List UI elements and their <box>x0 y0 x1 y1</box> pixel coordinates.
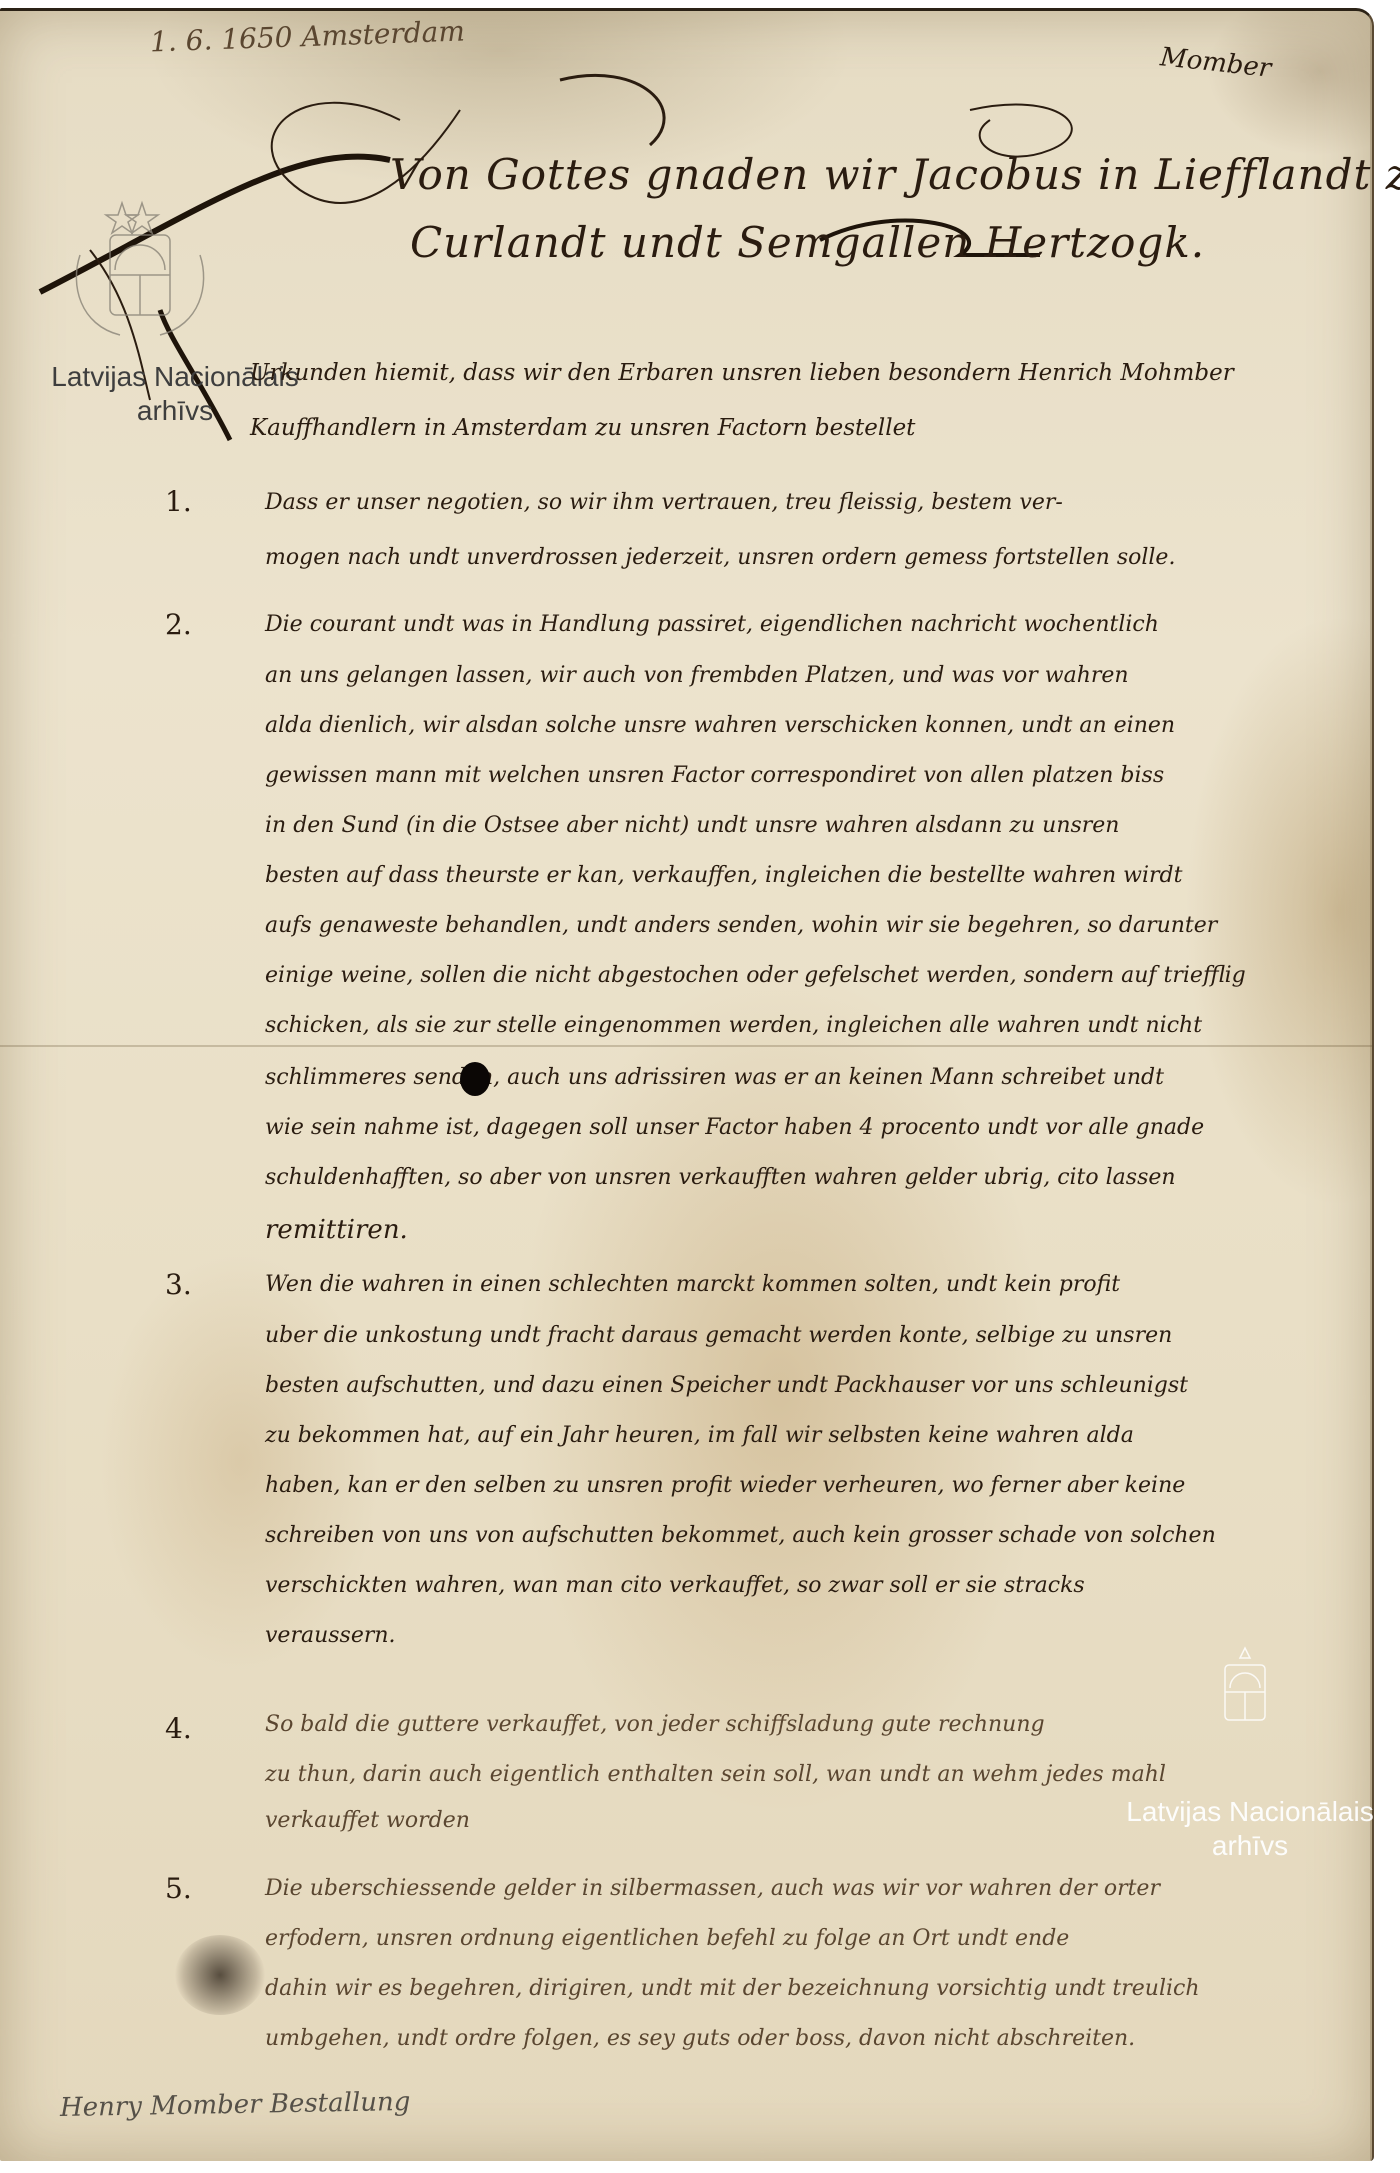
article-number: 2. <box>165 608 192 641</box>
bottom-pencil-note: Henry Momber Bestallung <box>60 2087 411 2123</box>
article-line: aufs genaweste behandlen, undt anders se… <box>265 913 1217 938</box>
article-line: haben, kan er den selben zu unsren profi… <box>265 1473 1185 1498</box>
article-line: Die courant undt was in Handlung passire… <box>265 612 1159 637</box>
article-number: 3. <box>165 1268 192 1301</box>
article-line: einige weine, sollen die nicht abgestoch… <box>265 963 1246 988</box>
article-line: Dass er unser negotien, so wir ihm vertr… <box>265 490 1063 515</box>
article-number: 1. <box>165 485 192 518</box>
article-line: an uns gelangen lassen, wir auch von fre… <box>265 663 1129 688</box>
article-line: besten aufschutten, und dazu einen Speic… <box>265 1373 1188 1398</box>
article-line: wie sein nahme ist, dagegen soll unser F… <box>265 1115 1204 1140</box>
article-line: verschickten wahren, wan man cito verkau… <box>265 1573 1085 1598</box>
article-number: 4. <box>165 1712 192 1745</box>
intro-line: Urkunden hiemit, dass wir den Erbaren un… <box>250 360 1234 386</box>
watermark-line-1: Latvijas Nacionālais <box>1120 1795 1380 1829</box>
article-number: 5. <box>165 1872 192 1905</box>
latvia-crest-watermark-icon <box>1200 1640 1290 1730</box>
ink-smudge <box>175 1935 265 2015</box>
article-line: erfodern, unsren ordnung eigentlichen be… <box>265 1926 1069 1951</box>
document-title-line-2: Curlandt undt Semgallen Hertzogk. <box>410 218 1205 267</box>
watermark-line-2: arhīvs <box>1120 1829 1380 1863</box>
fold-crease-horizontal <box>0 1045 1372 1047</box>
article-line: schuldenhafften, so aber von unsren verk… <box>265 1165 1176 1190</box>
article-line: dahin wir es begehren, dirigiren, undt m… <box>265 1976 1200 2001</box>
article-line: in den Sund (in die Ostsee aber nicht) u… <box>265 813 1119 838</box>
article-line: zu thun, darin auch eigentlich enthalten… <box>265 1762 1166 1787</box>
article-line: umbgehen, undt ordre folgen, es sey guts… <box>265 2026 1135 2051</box>
article-line: remittiren. <box>265 1215 408 1245</box>
article-line: uber die unkostung undt fracht daraus ge… <box>265 1323 1172 1348</box>
article-line: mogen nach undt unverdrossen jederzeit, … <box>265 545 1175 570</box>
article-line: veraussern. <box>265 1623 396 1648</box>
document-title-line-1: Von Gottes gnaden wir Jacobus in Lieffla… <box>390 150 1400 199</box>
article-line: gewissen mann mit welchen unsren Factor … <box>265 763 1164 788</box>
article-line: verkauffet worden <box>265 1808 470 1833</box>
latvia-crest-watermark-icon <box>60 195 210 345</box>
article-line: besten auf dass theurste er kan, verkauf… <box>265 863 1182 888</box>
article-line: schlimmeres senden, auch uns adrissiren … <box>265 1065 1164 1090</box>
article-line: alda dienlich, wir alsdan solche unsre w… <box>265 713 1175 738</box>
article-line: Die uberschiessende gelder in silbermass… <box>265 1876 1160 1901</box>
article-line: zu bekommen hat, auf ein Jahr heuren, im… <box>265 1423 1134 1448</box>
ink-blot <box>460 1062 490 1096</box>
article-line: Wen die wahren in einen schlechten marck… <box>265 1272 1120 1297</box>
archive-watermark-bottom: Latvijas Nacionālais arhīvs <box>1120 1795 1380 1863</box>
article-line: So bald die guttere verkauffet, von jede… <box>265 1712 1045 1737</box>
article-line: schreiben von uns von aufschutten bekomm… <box>265 1523 1216 1548</box>
intro-line: Kauffhandlern in Amsterdam zu unsren Fac… <box>250 415 915 441</box>
article-line: schicken, als sie zur stelle eingenommen… <box>265 1013 1202 1038</box>
